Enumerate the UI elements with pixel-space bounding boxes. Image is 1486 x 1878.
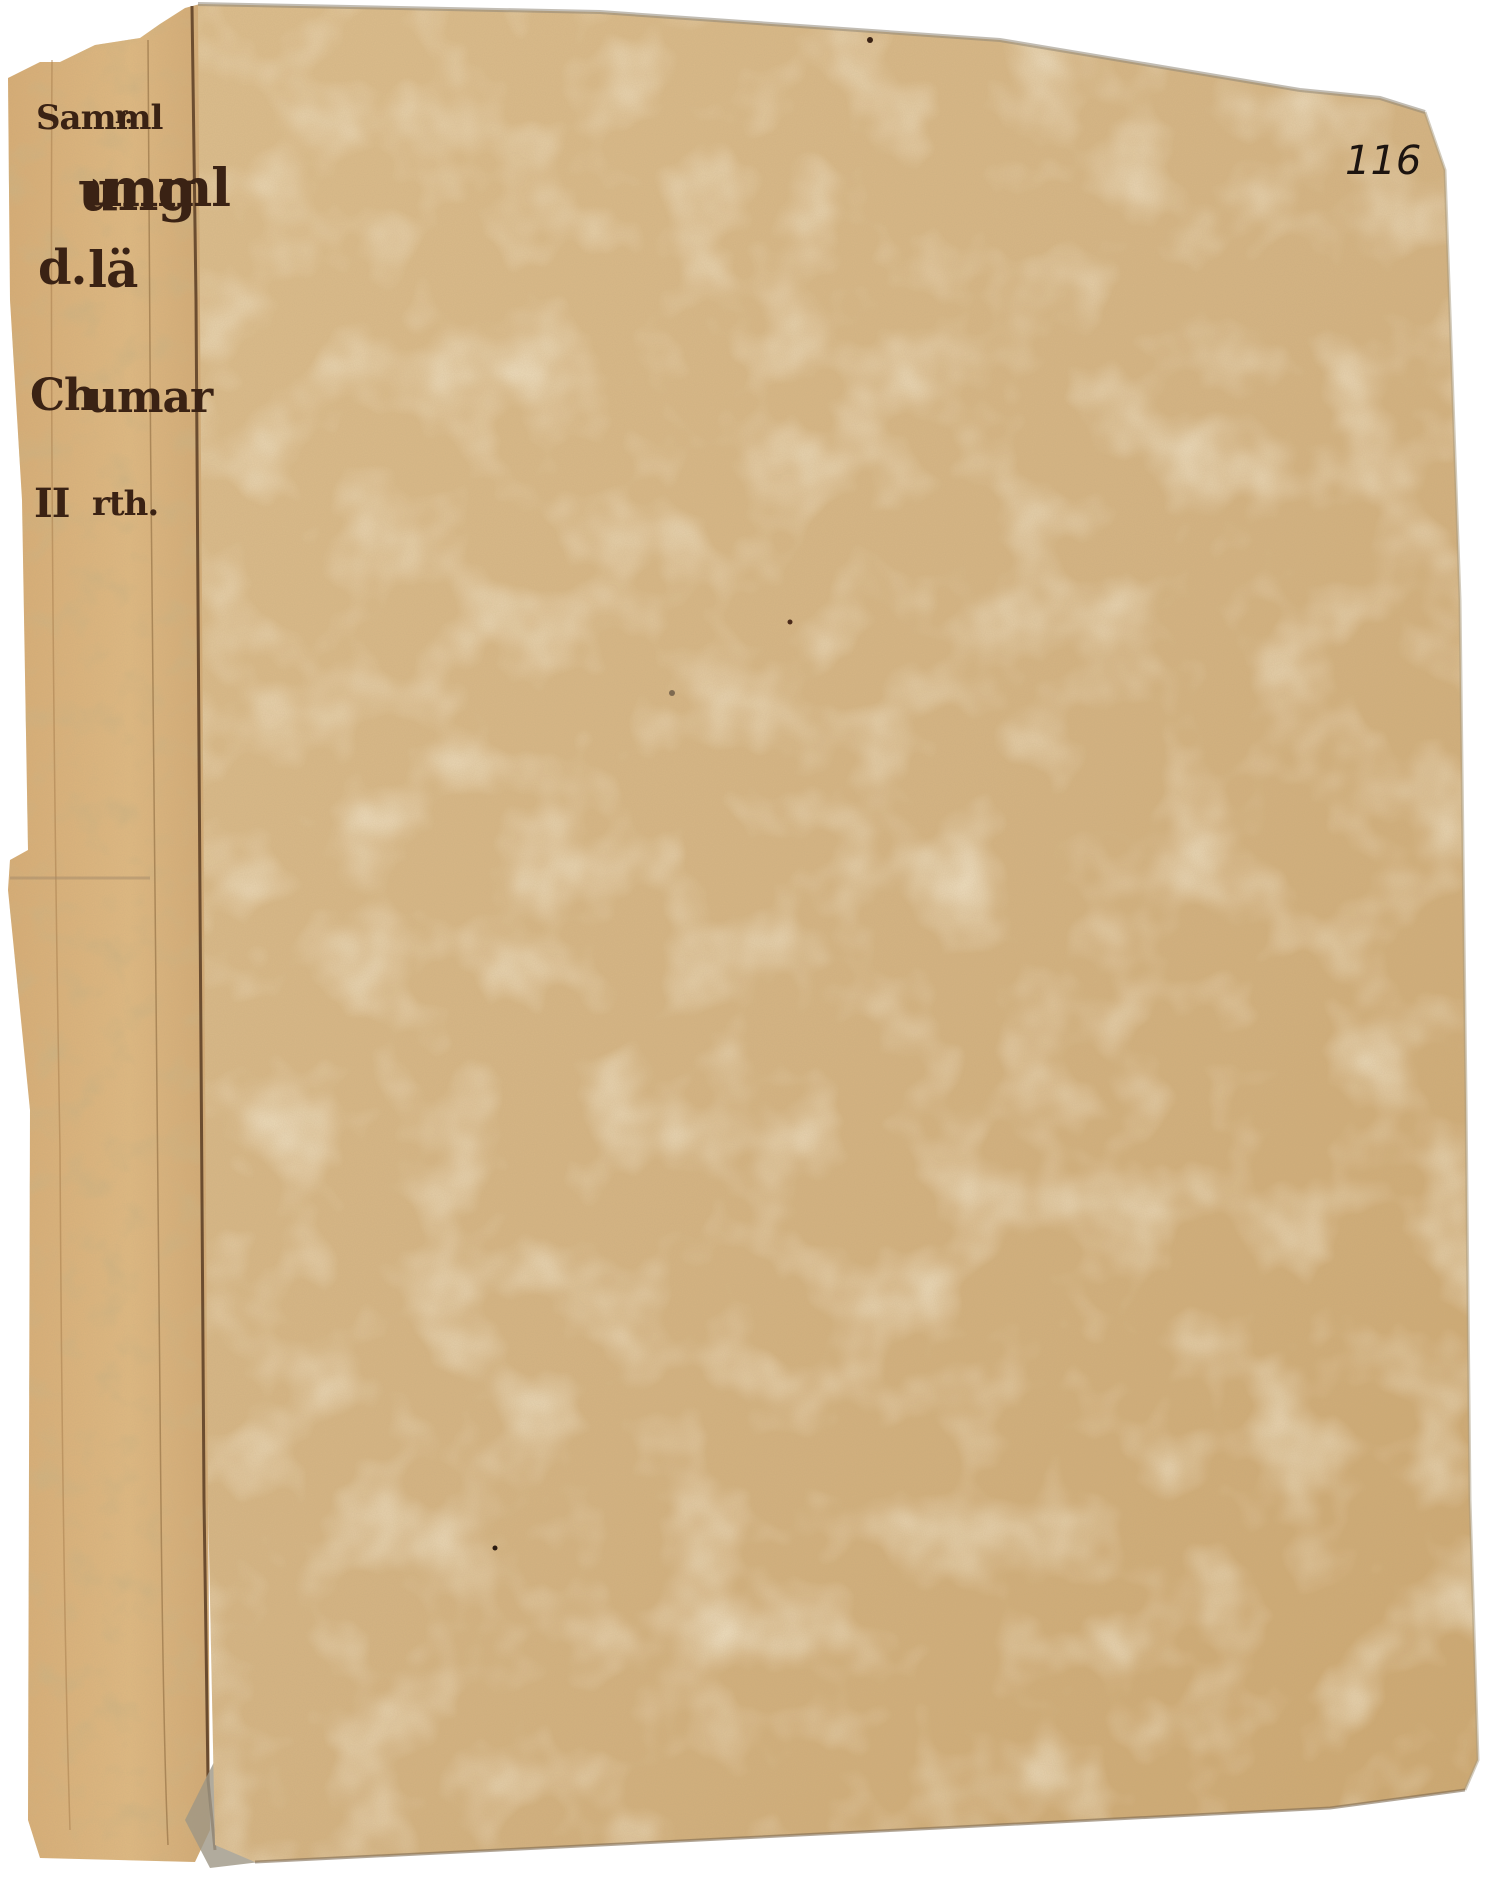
- spine-line-3-left: d.: [38, 240, 86, 296]
- spine-line-2-right: ung: [78, 158, 196, 224]
- spine-line-5-left: II: [34, 480, 69, 527]
- book-photo: Samml r. Samml ung d. lä Ch umar II rth.…: [0, 0, 1486, 1878]
- spine-line-1-left: Samml: [36, 98, 162, 138]
- front-cover: [198, 4, 1478, 1862]
- book-illustration: [0, 0, 1486, 1878]
- handwritten-number: 116: [1345, 138, 1421, 184]
- spine-line-3-right: lä: [88, 240, 137, 299]
- spine-line-4-right: umar: [86, 372, 212, 423]
- spine-line-5-right: rth.: [92, 484, 158, 524]
- spine-line-1-right: r.: [115, 100, 132, 129]
